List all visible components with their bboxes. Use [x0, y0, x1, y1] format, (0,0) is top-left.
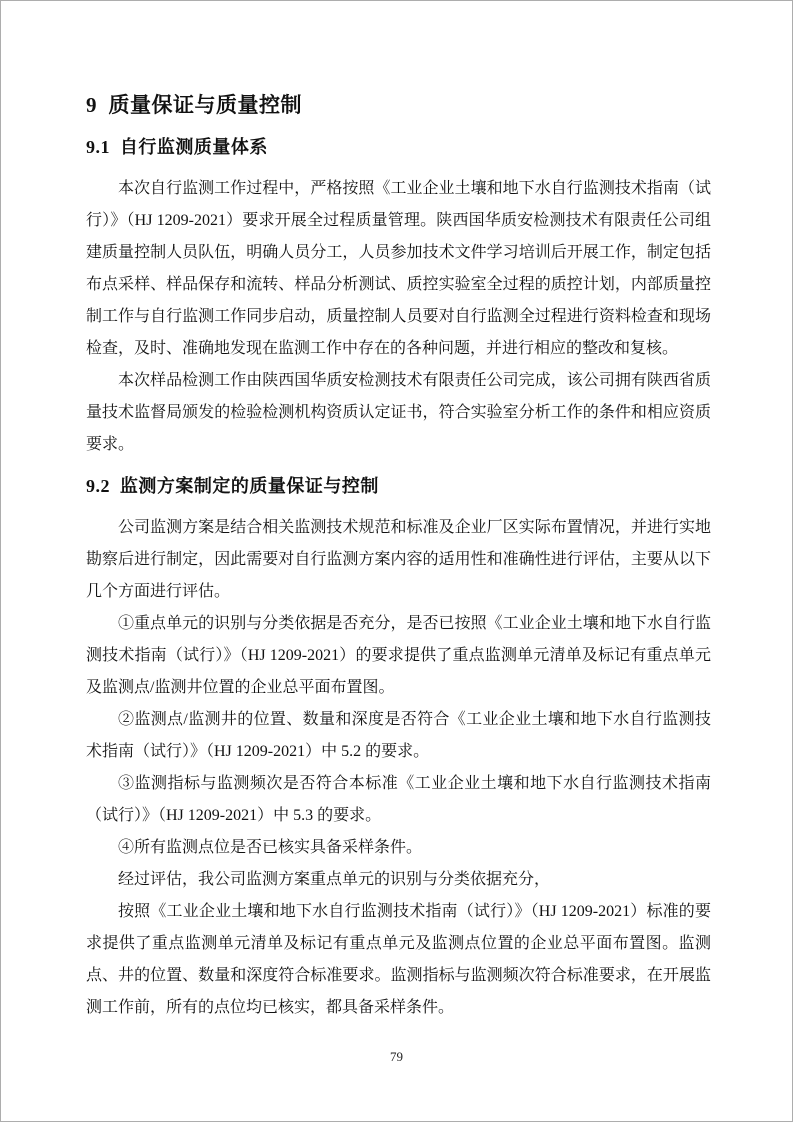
page-number: 79: [390, 1049, 403, 1064]
paragraph: ②监测点/监测井的位置、数量和深度是否符合《工业企业土壤和地下水自行监测技术指南…: [86, 704, 711, 768]
section-title-9-1: 自行监测质量体系: [120, 137, 268, 157]
page-footer: 79: [1, 1049, 792, 1065]
paragraph: ③监测指标与监测频次是否符合本标准《工业企业土壤和地下水自行监测技术指南（试行）…: [86, 768, 711, 832]
section-title-9-2: 监测方案制定的质量保证与控制: [120, 476, 379, 496]
paragraph: 公司监测方案是结合相关监测技术规范和标准及企业厂区实际布置情况，并进行实地勘察后…: [86, 512, 711, 608]
section-heading-9-1: 9.1自行监测质量体系: [86, 135, 711, 160]
chapter-heading: 9质量保证与质量控制: [86, 91, 711, 119]
paragraph: 本次样品检测工作由陕西国华质安检测技术有限责任公司完成，该公司拥有陕西省质量技术…: [86, 365, 711, 461]
paragraph: 经过评估，我公司监测方案重点单元的识别与分类依据充分，: [86, 864, 711, 896]
page-content: 9质量保证与质量控制 9.1自行监测质量体系 本次自行监测工作过程中，严格按照《…: [86, 91, 711, 1024]
chapter-title: 质量保证与质量控制: [109, 93, 303, 117]
paragraph: 按照《工业企业土壤和地下水自行监测技术指南（试行）》（HJ 1209-2021）…: [86, 896, 711, 1024]
chapter-number: 9: [86, 93, 97, 117]
paragraph: ④所有监测点位是否已核实具备采样条件。: [86, 832, 711, 864]
paragraph: ①重点单元的识别与分类依据是否充分，是否已按照《工业企业土壤和地下水自行监测技术…: [86, 608, 711, 704]
section-heading-9-2: 9.2监测方案制定的质量保证与控制: [86, 474, 711, 499]
section-number-9-1: 9.1: [86, 137, 110, 157]
paragraph: 本次自行监测工作过程中，严格按照《工业企业土壤和地下水自行监测技术指南（试行）》…: [86, 173, 711, 365]
section-number-9-2: 9.2: [86, 476, 110, 496]
document-page: 9质量保证与质量控制 9.1自行监测质量体系 本次自行监测工作过程中，严格按照《…: [0, 0, 793, 1122]
